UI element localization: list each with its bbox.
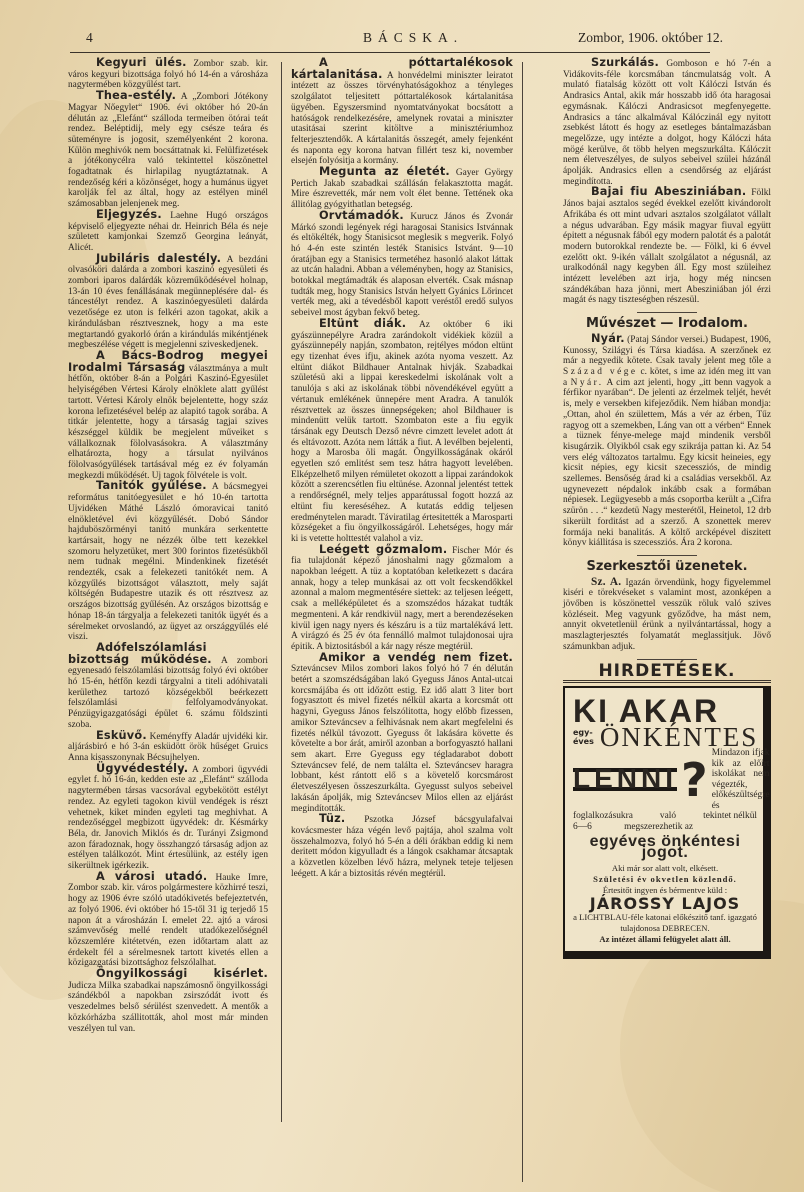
column-divider: [281, 62, 282, 1122]
ad-headline-2: ÖNKÉNTES: [600, 732, 759, 743]
advertisement-box: KI AKAR egy- éves ÖNKÉNTES LENNI ? Minda…: [563, 686, 771, 959]
news-article: A Bács-Bodrog megyei Irodalmi Társaság v…: [68, 351, 268, 481]
news-article: A városi utadó. Hauke Imre, Zombor szab.…: [68, 872, 268, 969]
article-body: Az október 6 iki gyászünnepélyre Aradra …: [291, 320, 513, 544]
article-body: A „Zombori Jótékony Magyar Nőegylet“ 190…: [68, 92, 268, 209]
page-header: 4 BÁCSKA. Zombor, 1906. október 12.: [58, 30, 778, 52]
news-article: A póttartalékosok kártalanitása. A honvé…: [291, 58, 513, 167]
article-body: Szteváncsev Milos zombori lakos folyó hó…: [291, 664, 513, 813]
article-heading: Adófelszólamlási bizottság működése.: [68, 641, 212, 666]
news-article: Kegyuri ülés. Zombor szab. kir. város ke…: [68, 58, 268, 91]
article-heading: Szurkálás.: [591, 56, 659, 69]
article-heading: Megunta az életét.: [319, 165, 450, 178]
section-title-arts: Művészet — Irodalom.: [563, 319, 771, 330]
article-nyar: Nyár. (Pataj Sándor versei.) Budapest, 1…: [563, 334, 771, 549]
editor-message: Sz. A. Igazán örvendünk, hogy figyelemme…: [563, 577, 771, 653]
question-mark-icon: ?: [681, 757, 708, 803]
news-article: Eltünt diák. Az október 6 iki gyászünnep…: [291, 319, 513, 545]
column-2: A póttartalékosok kártalanitása. A honvé…: [291, 58, 513, 879]
news-article: Öngyilkossági kisérlet. Judicza Milka sz…: [68, 969, 268, 1034]
newspaper-title: BÁCSKA.: [363, 30, 463, 46]
news-article: Leégett gőzmalom. Fischer Mór és fia tul…: [291, 545, 513, 653]
news-article: Thea-estély. A „Zombori Jótékony Magyar …: [68, 91, 268, 210]
article-body: A zombori ügyvédi egylet f. hó 16-án, ke…: [68, 765, 268, 871]
news-article: Megunta az életét. Gayer György Pertich …: [291, 167, 513, 211]
article-heading: Esküvő.: [96, 729, 147, 742]
news-article: Esküvő. Keményffy Aladár ujvidéki kir. a…: [68, 731, 268, 764]
article-heading: Kegyuri ülés.: [96, 56, 187, 69]
article-heading: Nyár.: [591, 332, 625, 345]
article-heading: Jubiláris dalestély.: [96, 252, 221, 265]
news-article: Ügyvédestély. A zombori ügyvédi egylet f…: [68, 764, 268, 872]
article-heading: Bajai fiu Abesziniában.: [591, 185, 746, 198]
article-heading: Ügyvédestély.: [96, 762, 188, 775]
news-article: Adófelszólamlási bizottság működése. A z…: [68, 643, 268, 731]
advertiser-name: JÁROSSY LAJOS: [573, 899, 757, 910]
column-3: Szurkálás. Gomboson e hó 7-én a Vidákovi…: [563, 58, 771, 959]
news-article: Orvtámadók. Kurucz János és Zvonár Márkó…: [291, 211, 513, 319]
article-body: Gomboson e hó 7-én a Vidákovits-féle kor…: [563, 59, 771, 187]
article-heading: Tüz.: [319, 812, 345, 825]
column-divider: [522, 62, 523, 1182]
article-body: Fölkl János bajai asztalos segéd évekkel…: [563, 188, 771, 305]
article-body: Judicza Milka szabadkai napszámosnő öngy…: [68, 981, 268, 1034]
page-number: 4: [86, 30, 93, 46]
column-3-articles: Szurkálás. Gomboson e hó 7-én a Vidákovi…: [563, 58, 771, 306]
article-body: Kurucz János és Zvonár Márkó szondi legé…: [291, 212, 513, 318]
dateline: Zombor, 1906. október 12.: [578, 30, 723, 46]
article-body: A zombori egyenesadó felszólamlási bizot…: [68, 656, 268, 730]
separator-rule: [637, 555, 697, 556]
article-heading: Tanitók gyűlése.: [96, 479, 207, 492]
newspaper-page: 4 BÁCSKA. Zombor, 1906. október 12. Kegy…: [0, 0, 804, 1192]
separator-rule: [637, 659, 697, 660]
book-title: Nyár.: [571, 378, 604, 388]
news-article: Tanitók gyűlése. A bácsmegyei református…: [68, 481, 268, 643]
article-heading: Eljegyzés.: [96, 208, 162, 221]
ad-highlight: egyéves önkéntesi jogot.: [573, 837, 757, 858]
separator-rule: [637, 312, 697, 313]
ad-side-text: Mindazon ifjak kik az előirt iskolákat n…: [712, 748, 770, 811]
news-article: Eljegyzés. Laehne Hugó országos képvisel…: [68, 210, 268, 254]
news-article: Jubiláris dalestély. A bezdáni olvasókör…: [68, 254, 268, 351]
ads-rule: [563, 680, 771, 683]
article-heading: Amikor a vendég nem fizet.: [319, 651, 513, 664]
article-body: A honvédelmi miniszter leiratot intézett…: [291, 71, 513, 167]
article-body: választmánya a mult hétfőn, október 8-án…: [68, 364, 268, 481]
article-heading: Eltünt diák.: [319, 317, 406, 330]
book-title: Század vége: [563, 367, 638, 377]
article-heading: A városi utadó.: [96, 870, 207, 883]
header-rule: [70, 52, 710, 53]
article-heading: Öngyilkossági kisérlet.: [96, 967, 268, 980]
column-1: Kegyuri ülés. Zombor szab. kir. város ke…: [68, 58, 268, 1034]
section-title-editor: Szerkesztői üzenetek.: [563, 562, 771, 573]
article-heading: Leégett gőzmalom.: [319, 543, 447, 556]
news-article: Szurkálás. Gomboson e hó 7-én a Vidákovi…: [563, 58, 771, 187]
article-heading: Orvtámadók.: [319, 209, 404, 222]
article-body: A bácsmegyei református tanitóegyesület …: [68, 482, 268, 642]
news-article: Tüz. Pszotka József bácsgyulafalvai ková…: [291, 814, 513, 879]
article-heading: Thea-estély.: [96, 89, 176, 102]
article-body: A bezdáni olvasóköri dalárda a zombori k…: [68, 255, 268, 351]
news-article: Bajai fiu Abesziniában. Fölkl János baja…: [563, 187, 771, 306]
article-body: Hauke Imre, Zombor szab. kir. város polg…: [68, 873, 268, 969]
news-article: Amikor a vendég nem fizet. Szteváncsev M…: [291, 653, 513, 815]
ad-headline-3: LENNI: [573, 768, 677, 791]
article-heading: Sz. A.: [591, 576, 621, 588]
section-title-ads: HIRDETÉSEK.: [563, 666, 771, 677]
article-body: Fischer Mór és fia tulajdonát képező ján…: [291, 546, 513, 652]
